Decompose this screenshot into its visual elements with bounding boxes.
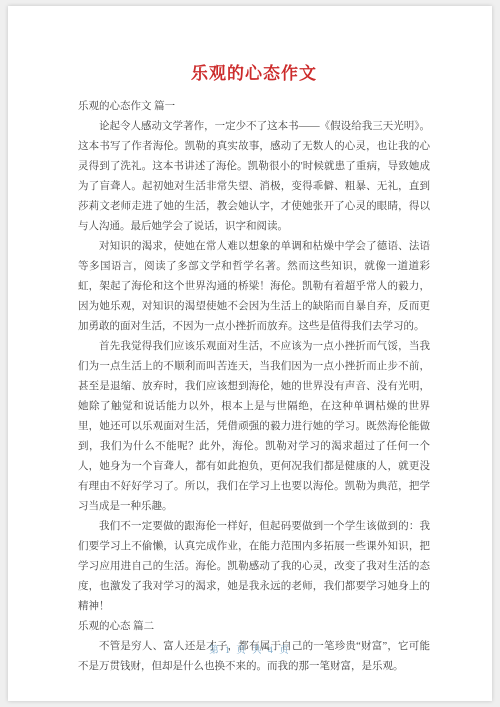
- document-title: 乐观的心态作文: [78, 64, 430, 84]
- section-1-paragraph-4: 我们不一定要做的跟海伦一样好，但起码要做到一个学生该做到的：我们要学习上不偷懒，…: [78, 517, 430, 617]
- section-1-heading: 乐观的心态作文 篇一: [78, 97, 430, 117]
- section-1-paragraph-2: 对知识的渴求，使她在常人难以想象的单调和枯燥中学会了德语、法语等多国语言，阅读了…: [78, 237, 430, 337]
- document-canvas: 乐观的心态作文 乐观的心态作文 篇一 论起令人感动文学著作，一定少不了这本书——…: [0, 0, 500, 707]
- document-body: 乐观的心态作文 篇一 论起令人感动文学著作，一定少不了这本书——《假设给我三天光…: [78, 97, 430, 677]
- section-1-paragraph-3: 首先我觉得我们应该乐观面对生活，不应该为一点小挫折而气馁，当我们为一点生活上的不…: [78, 337, 430, 517]
- document-page: 乐观的心态作文 乐观的心态作文 篇一 论起令人感动文学著作，一定少不了这本书——…: [8, 6, 492, 701]
- section-1-paragraph-1: 论起令人感动文学著作，一定少不了这本书——《假设给我三天光明》。这本书写了作者海…: [78, 117, 430, 237]
- page-footer: 第 1 页 共 4 页: [8, 642, 492, 656]
- section-2-heading: 乐观的心态 篇二: [78, 617, 430, 637]
- page-number-label: 第 1 页 共 4 页: [209, 646, 290, 656]
